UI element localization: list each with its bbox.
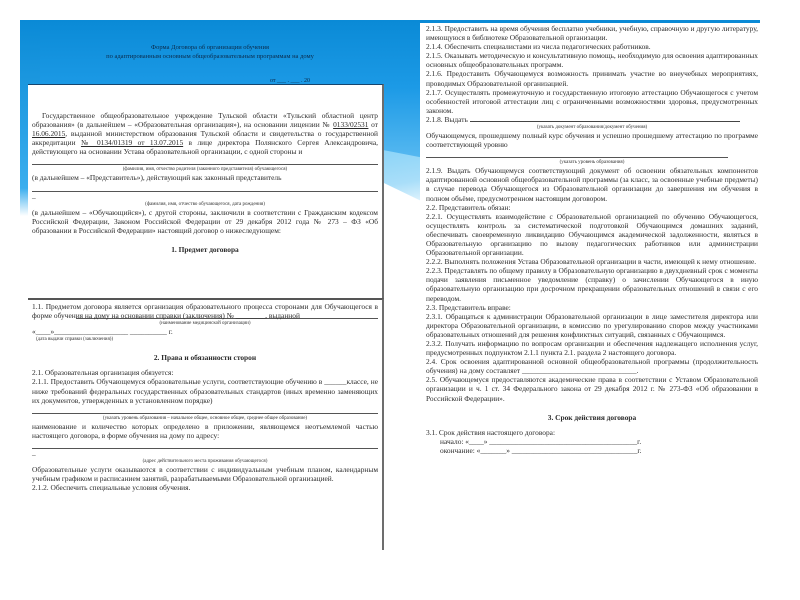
student-paragraph: (в дальнейшем – «Обучающийся»), с другой… [32, 208, 378, 235]
clause-2-1-8: 2.1.8. Выдать [426, 115, 758, 124]
document-field[interactable] [470, 115, 740, 122]
clause-2-1-3: 2.1.3. Предоставить на время обучения бе… [426, 24, 758, 42]
note-parent: (фамилия, имя, отчество родителя (законн… [32, 166, 378, 173]
title-line-1: Форма Договора об организации обучения [40, 43, 380, 52]
clause-2-3: 2.3. Представитель вправе: [426, 303, 758, 312]
dash: – [32, 193, 378, 201]
document-title: Форма Договора об организации обучения п… [40, 43, 380, 61]
parent-name-field[interactable] [32, 157, 378, 165]
end-date-line: окончание: «_______» ___________________… [426, 446, 758, 455]
clause-2-5: 2.5. Обучающемуся предоставляются академ… [426, 375, 758, 402]
note-cert-date: (дата выдачи справки (заключения)) [32, 336, 378, 343]
completed-paragraph: Обучающемуся, прошедшему полный курс обу… [426, 131, 758, 149]
license-number: 0133/02531 [333, 120, 368, 129]
right-page: 2.1.3. Предоставить на время обучения бе… [420, 20, 760, 580]
note-doc: (указать документ образования/документ о… [426, 124, 758, 131]
clause-2-3-2: 2.3.2. Получать информацию по вопросам о… [426, 339, 758, 357]
clause-2-1-4: 2.1.4. Обеспечить специалистами из числа… [426, 42, 758, 51]
clause-2-1-9: 2.1.9. Выдать Обучающемуся соответствующ… [426, 166, 758, 202]
certificate-date-line: «____»____________________ __________ г. [32, 327, 378, 336]
clause-2-2: 2.2. Представитель обязан: [426, 203, 758, 212]
address-field[interactable] [32, 441, 378, 449]
representative-paragraph: (в дальнейшем – «Представитель»), действ… [32, 173, 378, 182]
clause-2-2-2: 2.2.2. Выполнять положения Устава Образо… [426, 257, 758, 266]
clause-2-3-1: 2.3.1. Обращаться к администрации Образо… [426, 312, 758, 339]
clause-2-2-1: 2.2.1. Осуществлять взаимодействие с Обр… [426, 212, 758, 257]
left-page-bottom: 1.1. Предметом договора является организ… [28, 298, 384, 550]
section-1-title: 1. Предмет договора [32, 245, 378, 254]
student-name-field[interactable] [32, 184, 378, 192]
clause-2-2-3: 2.2.3. Представлять по общему правилу в … [426, 266, 758, 302]
note-edu-level: (указать уровень образования – начальное… [32, 415, 378, 422]
clause-2-1-1: 2.1.1. Предоставить Обучающемуся образов… [32, 377, 378, 404]
services-paragraph: Образовательные услуги оказываются в соо… [32, 465, 378, 483]
title-line-2: по адаптированным основным общеобразоват… [40, 52, 380, 61]
note-level: (указать уровень образования) [426, 159, 758, 166]
clause-2-1: 2.1. Образовательная организация обязует… [32, 368, 378, 377]
edu-level-field[interactable] [32, 406, 378, 414]
clause-2-1-6: 2.1.6. Предоставить Обучающемуся возможн… [426, 69, 758, 87]
clause-2-1-2: 2.1.2. Обеспечить специальные условия об… [32, 483, 378, 492]
start-date-line: начало: «____» _________________________… [426, 437, 758, 446]
clause-2-4: 2.4. Срок освоения адаптированной основн… [426, 357, 758, 375]
clause-2-1-7: 2.1.7. Осуществлять промежуточную и госу… [426, 88, 758, 115]
note-address: (адрес действительного места проживания … [32, 458, 378, 465]
dash-2: – [32, 450, 378, 458]
intro-paragraph: Государственное общеобразовательное учре… [32, 111, 378, 156]
clause-3-1: 3.1. Срок действия настоящего договора: [426, 428, 758, 437]
note-student: (фамилия, имя, отчество обучающегося, да… [32, 201, 378, 208]
clause-2-1-5: 2.1.5. Оказывать методическую и консульт… [426, 51, 758, 69]
section-2-title: 2. Права и обязанности сторон [32, 353, 378, 362]
license-date: 16.06.2015 [32, 129, 65, 138]
section-3-title: 3. Срок действия договора [426, 413, 758, 422]
naming-paragraph: наименование и количество которых опреде… [32, 422, 378, 440]
note-med-org: (наименование медицинской организации) [32, 320, 378, 327]
accreditation-number: № 0134/01319 от 13.07.2015 [81, 138, 183, 147]
level-field[interactable] [426, 150, 728, 158]
